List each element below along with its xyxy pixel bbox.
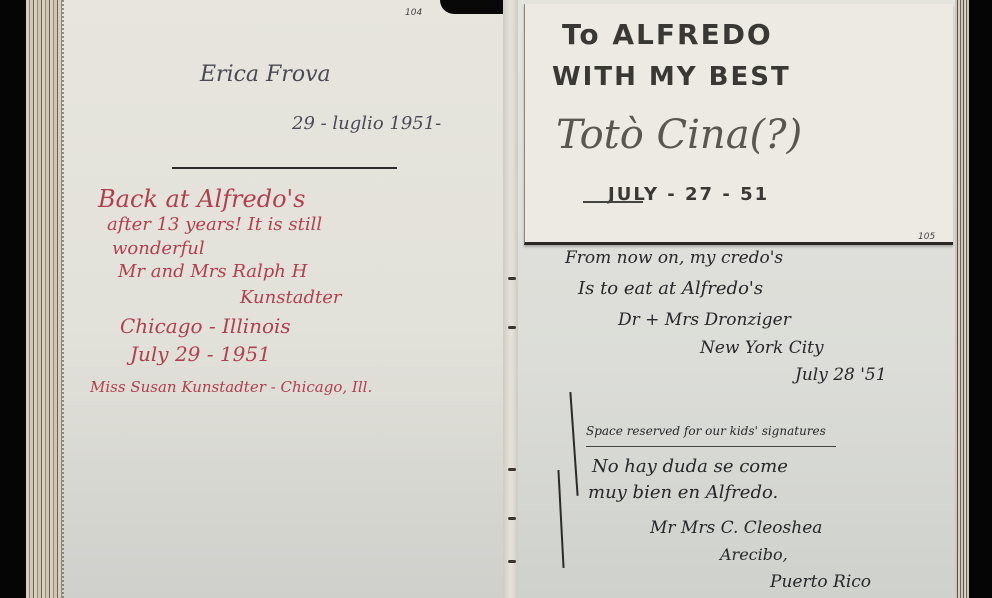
left-page-edges [26,0,66,598]
entry-line: Space reserved for our kids' signatures [586,424,826,438]
guest-book-photo: 104 Erica Frova 29 - luglio 1951- Back a… [0,0,992,598]
entry-line: muy bien en Alfredo. [588,482,778,503]
underline [586,446,836,447]
entry-line: Is to eat at Alfredo's [578,278,763,299]
entry-line: wonderful [112,238,205,259]
entry-line: Puerto Rico [770,572,871,592]
binding-stitch [508,517,516,520]
card-line: WITH MY BEST [552,62,791,92]
entry-line: Back at Alfredo's [98,185,305,213]
entry-line: 29 - luglio 1951- [292,113,441,134]
entry-line: From now on, my credo's [565,248,783,268]
entry-line: Mr Mrs C. Cleoshea [650,518,822,538]
book-spine [503,0,519,598]
divider-line [172,167,397,169]
entry-line: after 13 years! It is still [107,214,322,235]
card-line: To ALFREDO [562,18,773,51]
binding-stitch [508,468,516,471]
entry-line: Erica Frova [200,62,331,87]
page-number-right: 105 [918,232,935,242]
right-page-edges [955,0,969,598]
binding-stitch [508,277,516,280]
entry-line: Arecibo, [720,545,788,564]
page-number-left: 104 [405,8,422,18]
entry-line: No hay duda se come [592,456,788,477]
card-underline [583,201,643,203]
entry-line: Chicago - Illinois [120,314,291,338]
entry-line: Kunstadter [240,287,341,308]
entry-line: Miss Susan Kunstadter - Chicago, Ill. [90,378,372,396]
entry-line: Mr and Mrs Ralph H [118,261,307,282]
entry-line: New York City [700,338,824,358]
binding-stitch [508,326,516,329]
card-signature: Totò Cina(?) [556,112,802,158]
binding-stitch [508,560,516,563]
entry-line: July 29 - 1951 [130,342,271,366]
entry-line: Dr + Mrs Dronziger [618,310,791,330]
entry-line: July 28 '51 [795,365,887,385]
